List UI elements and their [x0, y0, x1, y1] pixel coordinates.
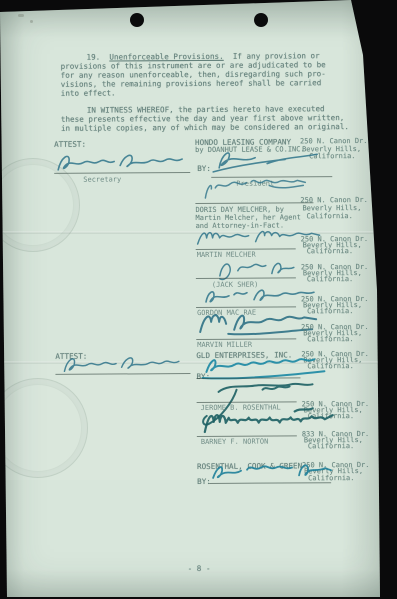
clause-number: 19.: [86, 53, 109, 62]
signature-doris-day-melcher: [199, 175, 311, 204]
jack-addr3: California.: [307, 275, 353, 283]
signature-line-doris: [195, 202, 313, 204]
marvin-addr3: California.: [307, 335, 353, 343]
signature-president: [205, 145, 330, 178]
doris-addr3: California.: [306, 212, 352, 220]
norton-caption: BARNEY F. NORTON: [201, 438, 268, 446]
secretary-caption: Secretary: [83, 175, 121, 183]
paper-sheet: 19. Unenforceable Provisions. If any pro…: [0, 0, 397, 599]
witness-line3: in multiple copies, any of which may be …: [61, 122, 349, 133]
scanned-document-photo: 19. Unenforceable Provisions. If any pro…: [0, 0, 397, 599]
paragraph-19-line4: visions, the remaining provisions hereof…: [61, 78, 322, 89]
paragraph-19-line5: into effect.: [61, 89, 116, 98]
attest-label-1: ATTEST:: [54, 140, 86, 149]
martin-addr3: California.: [307, 247, 353, 255]
marvin-caption: MARVIN MILLER: [197, 341, 252, 349]
norton-addr3: California.: [308, 442, 354, 450]
page-number: - 8 -: [188, 564, 211, 573]
typed-content: 19. Unenforceable Provisions. If any pro…: [0, 0, 397, 599]
